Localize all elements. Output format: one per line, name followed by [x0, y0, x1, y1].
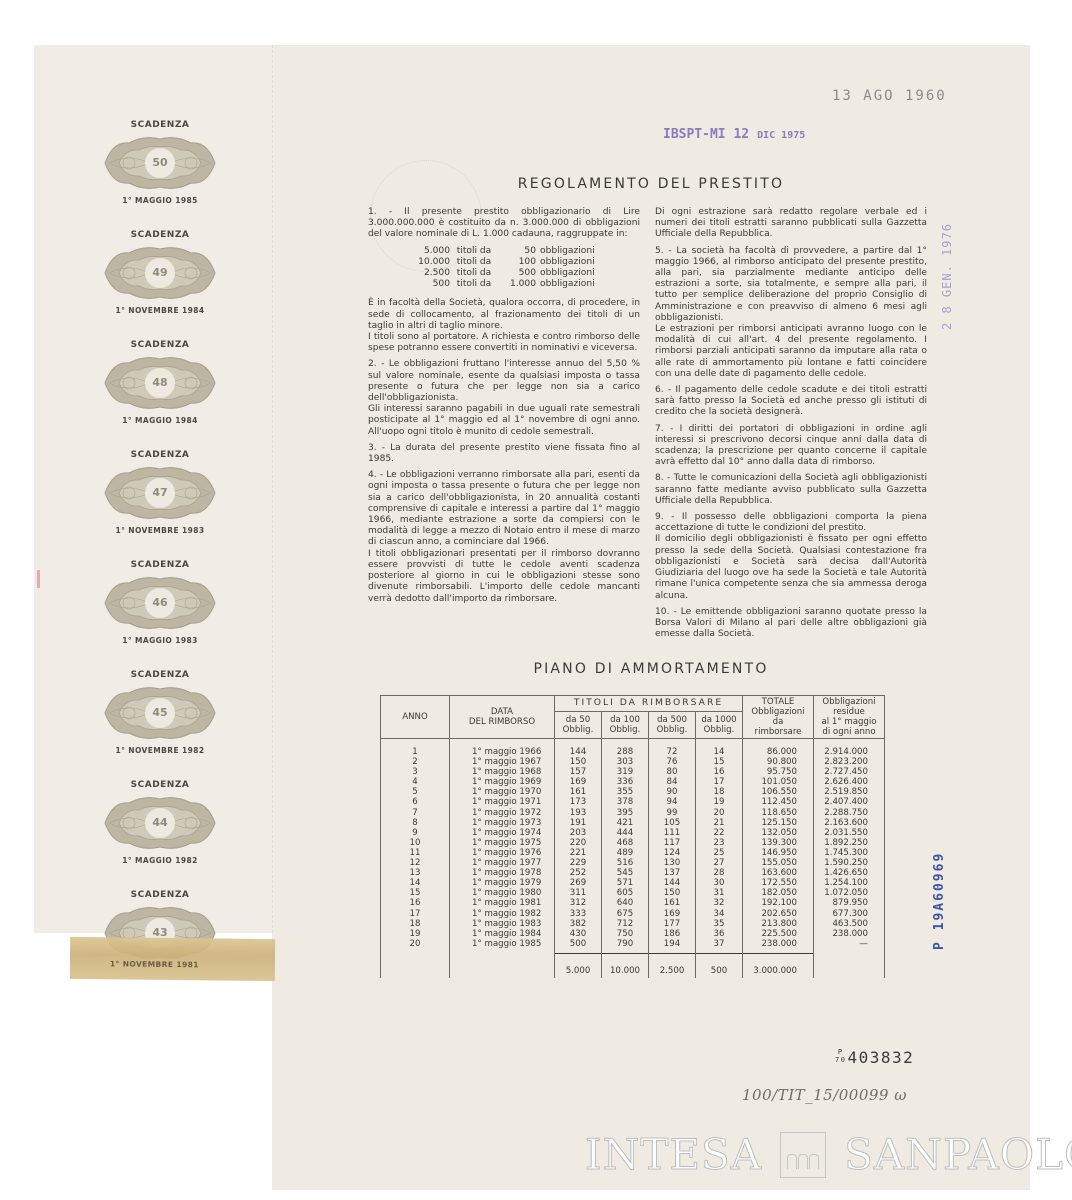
ammortamento-title: PIANO DI AMMORTAMENTO	[272, 661, 1030, 677]
table-row: 151° maggio 198031160515031182.0501.072.…	[381, 888, 885, 898]
guilloche-ornament-icon: 47	[99, 463, 221, 523]
watermark-left: INTESA	[585, 1130, 762, 1179]
article-1-para-2: È in facoltà della Società, qualora occo…	[368, 298, 640, 332]
article-7: 7. - I diritti dei portatori di obbligaz…	[655, 424, 927, 469]
table-row: 31° maggio 1968157319801695.7502.727.450	[381, 767, 885, 777]
article-4-para-2: I titoli obbligazionari presentati per i…	[368, 549, 640, 605]
article-5-para-2: Le estrazioni per rimborsi anticipati av…	[655, 324, 927, 380]
ibspt-stamp-code: IBSPT-MI 12	[663, 127, 749, 142]
number-prefix: P70	[835, 1048, 846, 1064]
regolamento-title: REGOLAMENTO DEL PRESTITO	[272, 176, 1030, 192]
col-anno: ANNO	[381, 696, 450, 739]
table-row: 91° maggio 197420344411122132.0502.031.5…	[381, 828, 885, 838]
allotment-row: 10.000titoli da100obbligazioni	[404, 257, 640, 268]
col-totale: TOTALEObbligazionidarimborsare	[743, 696, 814, 739]
vertical-date-stamp: 2 8 GEN. 1976	[940, 200, 954, 330]
col-data: DATADEL RIMBORSO	[450, 696, 555, 739]
allotment-row: 500titoli da1.000obbligazioni	[404, 279, 640, 290]
number-value: 403832	[847, 1048, 914, 1067]
col-residue: Obbligazioniresidueal 1° maggiodi ogni a…	[814, 696, 885, 739]
article-2: 2. - Le obbligazioni fruttano l'interess…	[368, 359, 640, 404]
watermark-right: SANPAOLO	[844, 1130, 1072, 1179]
col-da-100: da 100Obblig.	[602, 711, 649, 738]
col-group-titoli: TITOLI DA RIMBORSARE	[555, 696, 743, 712]
guilloche-ornament-icon: 50	[99, 133, 221, 193]
article-4-para-3: Di ogni estrazione sarà redatto regolare…	[655, 207, 927, 241]
serial-stamp: P 19A60969	[932, 852, 947, 950]
coupon-number: 48	[145, 368, 175, 398]
adhesive-tape: 1° NOVEMBRE 1981	[70, 937, 275, 981]
col-da-50: da 50Obblig.	[555, 711, 602, 738]
coupon-label: SCADENZA	[80, 340, 240, 350]
table-row: 11° maggio 1966144288721486.0002.914.000	[381, 739, 885, 758]
coupon-label: SCADENZA	[80, 450, 240, 460]
table-row: 121° maggio 197722951613027155.0501.590.…	[381, 858, 885, 868]
guilloche-ornament-icon: 44	[99, 793, 221, 853]
article-6: 6. - Il pagamento delle cedole scadute e…	[655, 385, 927, 419]
table-row: 161° maggio 198131264016132192.100879.95…	[381, 898, 885, 908]
article-8: 8. - Tutte le comunicazioni della Societ…	[655, 473, 927, 507]
allotment-row: 2.500titoli da500obbligazioni	[404, 268, 640, 279]
table-row: 181° maggio 198338271217735213.800463.50…	[381, 919, 885, 929]
certificate-number: P70403832	[835, 1048, 914, 1067]
ibspt-stamp-date: DIC 1975	[757, 130, 805, 141]
coupon-label: SCADENZA	[80, 230, 240, 240]
intesa-sanpaolo-watermark: INTESA SANPAOLO	[585, 1130, 1072, 1179]
coupon-due-under-tape: 1° NOVEMBRE 1981	[110, 959, 199, 969]
col-da-1000: da 1000Obblig.	[696, 711, 743, 738]
coupon-due-date: 1° MAGGIO 1985	[80, 196, 240, 205]
guilloche-ornament-icon: 45	[99, 683, 221, 743]
table-row: 81° maggio 197319142110521125.1502.163.6…	[381, 818, 885, 828]
article-2-para-2: Gli interessi saranno pagabili in due ug…	[368, 404, 640, 438]
coupon-48: SCADENZA481° MAGGIO 1984	[80, 340, 240, 425]
intesa-sanpaolo-logo-icon	[780, 1132, 826, 1178]
coupon-label: SCADENZA	[80, 780, 240, 790]
amortization-table: ANNO DATADEL RIMBORSO TITOLI DA RIMBORSA…	[380, 695, 885, 978]
table-row: 41° maggio 19691693368417101.0502.626.40…	[381, 777, 885, 787]
totals-row: 5.00010.0002.5005003.000.000	[381, 953, 885, 978]
article-1: 1. - Il presente prestito obbligazionari…	[368, 207, 640, 241]
article-4: 4. - Le obbligazioni verranno rimborsate…	[368, 470, 640, 548]
handwritten-reference: 100/TIT_15/00099 ω	[742, 1086, 907, 1104]
table-row: 111° maggio 197622148912425146.9501.745.…	[381, 848, 885, 858]
allotment-row: 5.000titoli da50obbligazioni	[404, 246, 640, 257]
coupon-47: SCADENZA471° NOVEMBRE 1983	[80, 450, 240, 535]
table-row: 171° maggio 198233367516934202.650677.30…	[381, 909, 885, 919]
table-row: 71° maggio 19721933959920118.6502.288.75…	[381, 808, 885, 818]
table-row: 131° maggio 197825254513728163.6001.426.…	[381, 868, 885, 878]
coupon-label: SCADENZA	[80, 670, 240, 680]
article-5: 5. - La società ha facoltà di provvedere…	[655, 246, 927, 324]
coupon-number: 45	[145, 698, 175, 728]
article-10: 10. - Le emittende obbligazioni saranno …	[655, 607, 927, 641]
coupon-number: 49	[145, 258, 175, 288]
table-row: 101° maggio 197522046811723139.3001.892.…	[381, 838, 885, 848]
coupon-due-date: 1° NOVEMBRE 1983	[80, 526, 240, 535]
guilloche-ornament-icon: 46	[99, 573, 221, 633]
coupon-label: SCADENZA	[80, 890, 240, 900]
article-1-para-3: I titoli sono al portatore. A richiesta …	[368, 332, 640, 354]
allotment-list: 5.000titoli da50obbligazioni10.000titoli…	[404, 246, 640, 291]
coupon-due-date: 1° MAGGIO 1983	[80, 636, 240, 645]
pink-mark	[37, 570, 40, 588]
coupon-45: SCADENZA451° NOVEMBRE 1982	[80, 670, 240, 755]
coupon-due-date: 1° MAGGIO 1982	[80, 856, 240, 865]
coupon-due-date: 1° MAGGIO 1984	[80, 416, 240, 425]
coupon-49: SCADENZA491° NOVEMBRE 1984	[80, 230, 240, 315]
ibspt-stamp: IBSPT-MI 12DIC 1975	[663, 127, 805, 142]
coupon-label: SCADENZA	[80, 560, 240, 570]
regolamento-left-column: 1. - Il presente prestito obbligazionari…	[368, 207, 640, 610]
coupon-label: SCADENZA	[80, 120, 240, 130]
coupon-number: 47	[145, 478, 175, 508]
guilloche-ornament-icon: 49	[99, 243, 221, 303]
coupon-number: 44	[145, 808, 175, 838]
guilloche-ornament-icon: 48	[99, 353, 221, 413]
coupon-due-date: 1° NOVEMBRE 1982	[80, 746, 240, 755]
coupon-number: 50	[145, 148, 175, 178]
col-da-500: da 500Obblig.	[649, 711, 696, 738]
table-row: 61° maggio 19711733789419112.4502.407.40…	[381, 797, 885, 807]
regolamento-right-column: Di ogni estrazione sarà redatto regolare…	[655, 207, 927, 645]
date-stamp: 13 AGO 1960	[832, 88, 947, 104]
coupon-number: 46	[145, 588, 175, 618]
article-9-para-2: Il domicilio degli obbligazionisti è fis…	[655, 534, 927, 601]
table-row: 21° maggio 1967150303761590.8002.823.200	[381, 757, 885, 767]
coupon-50: SCADENZA501° MAGGIO 1985	[80, 120, 240, 205]
coupon-due-date: 1° NOVEMBRE 1984	[80, 306, 240, 315]
table-row: 201° maggio 198550079019437238.000—	[381, 939, 885, 954]
article-3: 3. - La durata del presente prestito vie…	[368, 443, 640, 465]
coupon-44: SCADENZA441° MAGGIO 1982	[80, 780, 240, 865]
table-row: 51° maggio 19701613559018106.5502.519.85…	[381, 787, 885, 797]
table-row: 191° maggio 198443075018636225.500238.00…	[381, 929, 885, 939]
table-row: 141° maggio 197926957114430172.5501.254.…	[381, 878, 885, 888]
article-9: 9. - Il possesso delle obbligazioni comp…	[655, 512, 927, 534]
coupon-46: SCADENZA461° MAGGIO 1983	[80, 560, 240, 645]
